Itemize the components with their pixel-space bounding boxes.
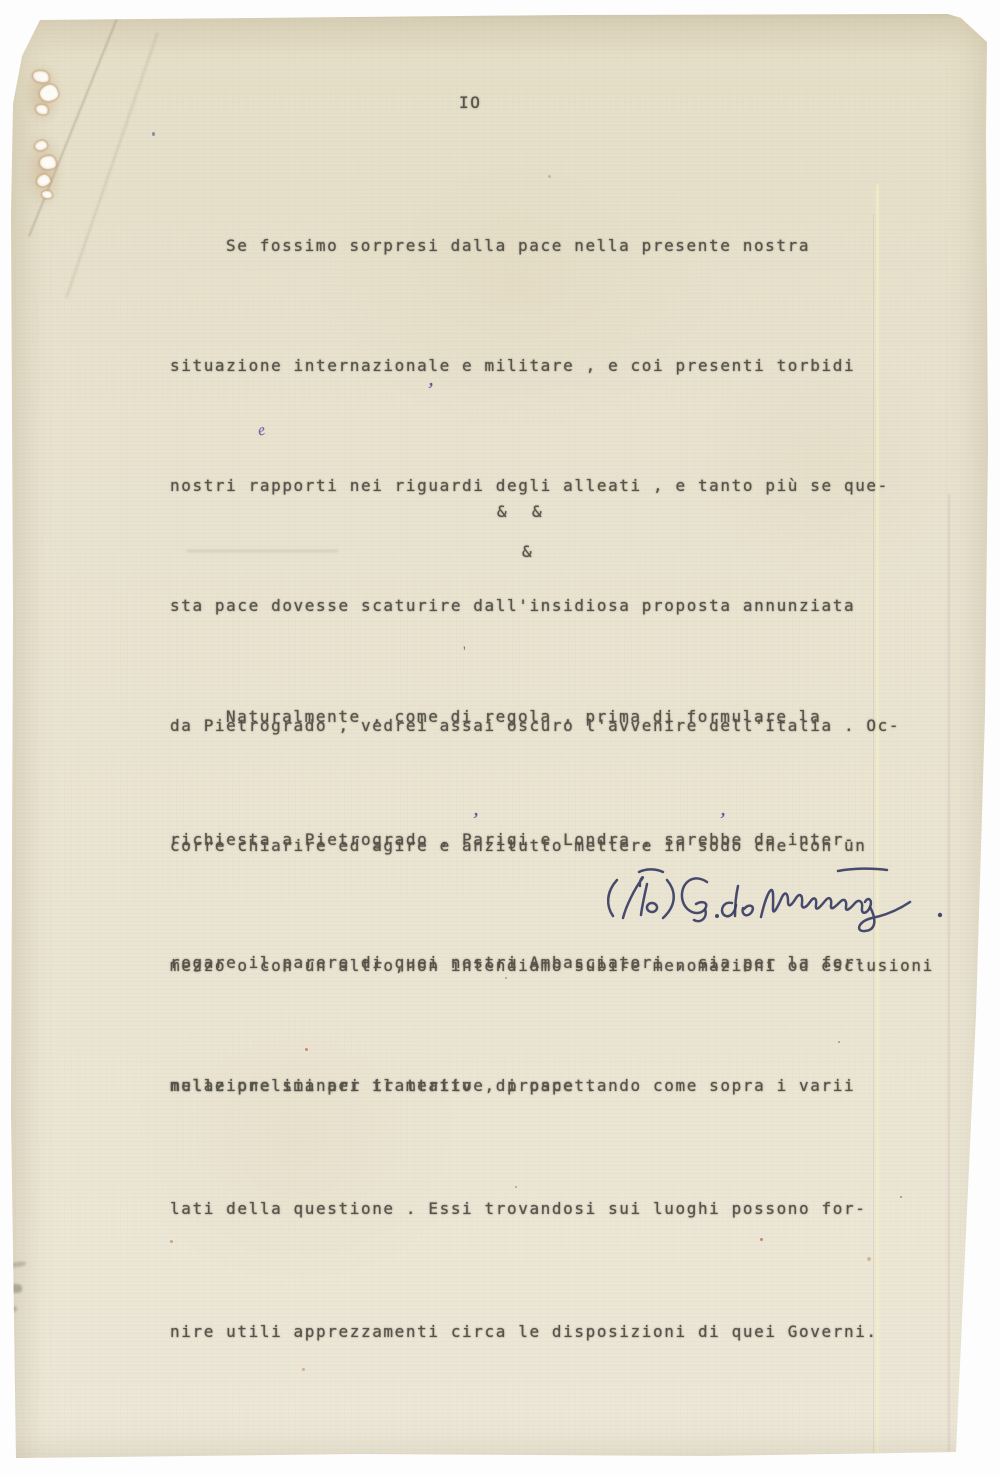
ink-smudge (8, 1261, 27, 1268)
edge-hole (38, 83, 60, 104)
typed-line: situazione internazionale e militare , e… (170, 346, 980, 386)
typed-line: richiesta a Pietrogrado , Parigi e Londr… (170, 819, 980, 860)
ink-smudge (10, 1284, 22, 1293)
edge-hole (40, 189, 53, 200)
paper-crease (65, 32, 158, 297)
typed-line: mulazione sia per il merito , prospettan… (170, 1065, 980, 1106)
typed-line: nire utili apprezzamenti circa le dispos… (170, 1311, 980, 1352)
typed-line: Se fossimo sorpresi dalla pace nella pre… (170, 226, 980, 266)
page-number: IO (459, 93, 481, 112)
paragraph-2: Naturalmente , come di regola , prima di… (170, 614, 980, 1434)
document-page: IO Se fossimo sorpresi dalla pace nella … (8, 14, 990, 1462)
typed-line: nostri rapporti nei riguardi degli allea… (170, 466, 980, 506)
section-divider-ampersand: & (497, 502, 508, 521)
rust-mark (7, 14, 27, 44)
handwritten-signature (595, 858, 960, 950)
edge-hole (34, 172, 52, 189)
ink-speck (152, 132, 155, 136)
typed-line: Naturalmente , come di regola , prima di… (170, 696, 980, 737)
edge-hole (38, 154, 57, 171)
paper-crease (28, 13, 120, 236)
edge-hole (34, 102, 51, 117)
edge-hole (33, 139, 49, 153)
edge-hole (31, 68, 52, 85)
typed-line: lati della questione . Essi trovandosi s… (170, 1188, 980, 1229)
section-divider-ampersand: & (522, 542, 533, 561)
scan-background: IO Se fossimo sorpresi dalla pace nella … (0, 0, 1000, 1475)
section-divider-ampersand: & (532, 502, 543, 521)
ink-smudge (8, 1306, 17, 1312)
